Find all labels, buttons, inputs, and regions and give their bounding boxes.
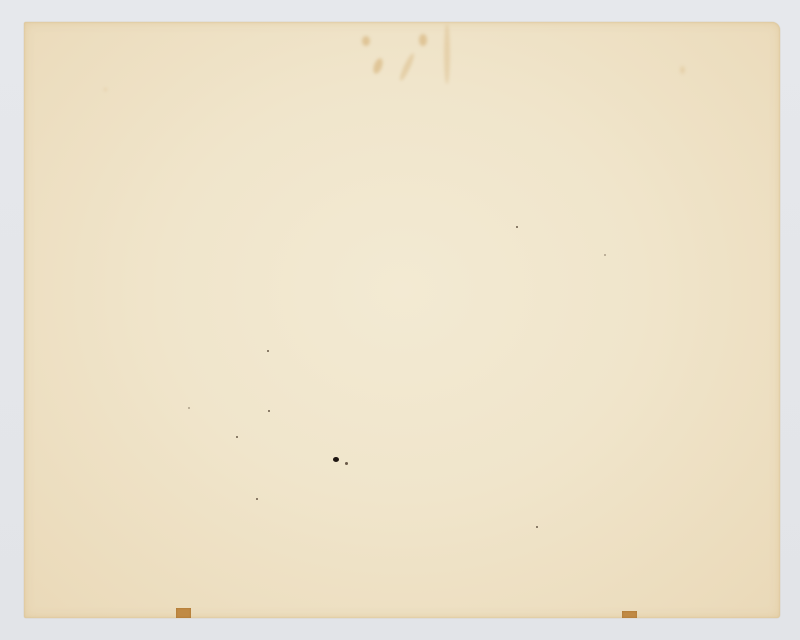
- stain-mark: [680, 66, 685, 74]
- stain-mark: [372, 57, 385, 75]
- stain-mark: [398, 52, 416, 82]
- ink-speck: [188, 407, 190, 409]
- hinge-tape-tab: [622, 611, 637, 618]
- ink-speck: [345, 462, 348, 465]
- stain-mark: [104, 88, 107, 91]
- paper-sheet: [24, 22, 780, 618]
- stain-mark: [419, 34, 427, 46]
- ink-speck: [256, 498, 258, 500]
- ink-speck: [236, 436, 238, 438]
- hinge-tape-tab: [176, 608, 191, 618]
- ink-speck: [516, 226, 518, 228]
- stain-mark: [444, 24, 450, 84]
- ink-speck: [267, 350, 269, 352]
- ink-speck: [604, 254, 606, 256]
- ink-speck: [536, 526, 538, 528]
- ink-speck: [268, 410, 270, 412]
- stain-mark: [362, 36, 370, 46]
- ink-speck: [333, 457, 339, 462]
